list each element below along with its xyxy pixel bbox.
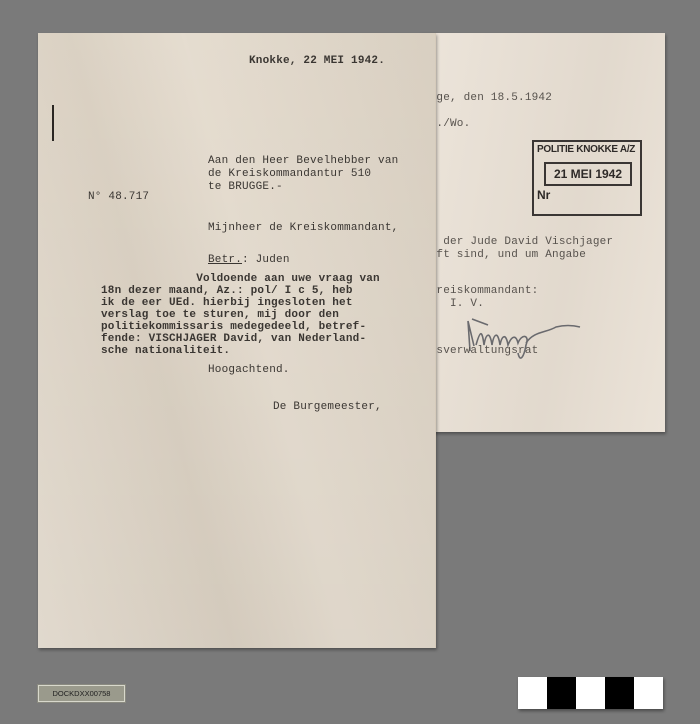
addressee-line-3: te BRUGGE.- [208, 181, 283, 194]
archive-id-label: DOCKDXX00758 [38, 685, 125, 702]
front-letter: Knokke, 22 MEI 1942. Aan den Heer Bevelh… [38, 33, 436, 648]
scale-swatch-white [576, 677, 605, 709]
back-date-line: rügge, den 18.5.1942 [416, 92, 552, 105]
police-stamp: POLITIE KNOKKE A/Z 21 MEI 1942 Nr [532, 140, 642, 216]
back-body-line-2: nhaft sind, und um Angabe [416, 249, 586, 262]
closing: Hoogachtend. [208, 364, 290, 377]
back-body-line-1: ann der Jude David Vischjager [416, 236, 613, 249]
addressee-line-2: de Kreiskommandantur 510 [208, 168, 371, 181]
stamp-date: 21 MEI 1942 [544, 162, 632, 186]
stamp-header: POLITIE KNOKKE A/Z [537, 144, 635, 155]
scale-swatch-black [605, 677, 634, 709]
signatory: De Burgemeester, [273, 401, 382, 414]
front-date-line: Knokke, 22 MEI 1942. [249, 55, 385, 68]
subject-value: : Juden [242, 254, 290, 266]
body-line-7: sche nationaliteit. [101, 345, 230, 358]
scale-swatch-black [547, 677, 576, 709]
addressee-line-1: Aan den Heer Bevelhebber van [208, 155, 398, 168]
document-number: N° 48.717 [88, 191, 149, 204]
back-letter: rügge, den 18.5.1942 sch./Wo. POLITIE KN… [420, 33, 665, 432]
subject-line: Betr.: Juden [208, 254, 290, 267]
stamp-number-label: Nr [537, 188, 550, 202]
scale-swatch-white [634, 677, 663, 709]
salutation: Mijnheer de Kreiskommandant, [208, 222, 398, 235]
subject-label: Betr. [208, 254, 242, 266]
color-scale-bar [518, 677, 663, 709]
scale-swatch-white [518, 677, 547, 709]
margin-mark [52, 105, 54, 141]
